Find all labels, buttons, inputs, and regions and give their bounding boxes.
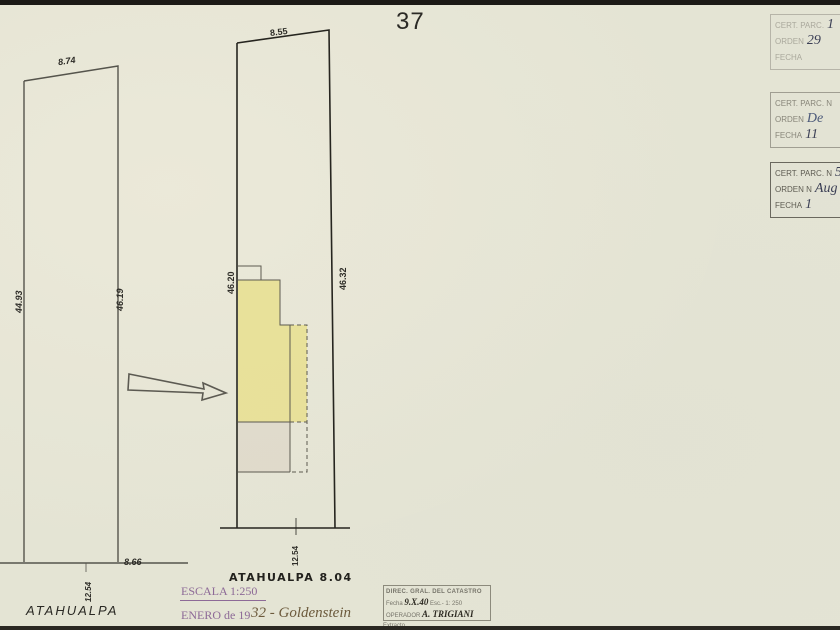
pointer-arrow-icon bbox=[128, 374, 226, 400]
office-stamp-fecha-value: 9.X.40 bbox=[404, 597, 428, 607]
main-plot-top-width: 8.55 bbox=[269, 26, 288, 38]
cert-3-row2-label: ORDEN N bbox=[775, 182, 812, 198]
left-street-name: ATAHUALPA bbox=[26, 603, 118, 618]
cert-2-row2-value: De bbox=[807, 112, 823, 128]
cert-2-row3-value: 11 bbox=[805, 128, 818, 144]
cert-1-row2-value: 29 bbox=[807, 34, 821, 50]
cert-2-row2-label: ORDEN bbox=[775, 112, 804, 128]
cert-3-row2-value: Aug bbox=[815, 182, 838, 198]
left-plot-right-depth: 46.19 bbox=[115, 288, 125, 311]
office-stamp-title: DIREC. GRAL. DEL CATASTRO bbox=[386, 587, 488, 597]
cert-1-row1-label: CERT. PARC. bbox=[775, 18, 824, 34]
cert-1-row2-label: ORDEN bbox=[775, 34, 804, 50]
office-stamp-operador-label: OPERADOR bbox=[386, 613, 420, 619]
page-number: 37 bbox=[396, 8, 425, 36]
cert-3-row1-value: 5 bbox=[835, 166, 840, 182]
scale-stamp-rule bbox=[180, 600, 266, 601]
catastro-office-stamp: DIREC. GRAL. DEL CATASTRO Fecha 9.X.40 E… bbox=[383, 585, 491, 621]
cert-stamp-3: CERT. PARC. N5 ORDEN NAug FECHA1 bbox=[770, 162, 840, 218]
scan-bottom-border bbox=[0, 626, 840, 630]
cert-stamp-2: CERT. PARC. N ORDENDe FECHA11 bbox=[770, 92, 840, 148]
cert-2-row1-label: CERT. PARC. N bbox=[775, 96, 832, 112]
scale-stamp: ESCALA 1:250 bbox=[181, 584, 257, 599]
cert-3-row1-label: CERT. PARC. N bbox=[775, 166, 832, 182]
main-plot-left-depth: 46.20 bbox=[226, 271, 236, 294]
cert-1-row1-value: 1 bbox=[827, 18, 834, 34]
cert-1-row3-label: FECHA bbox=[775, 50, 802, 66]
plan-drawing bbox=[0, 0, 840, 630]
main-plot-right-depth: 46.32 bbox=[338, 267, 348, 290]
left-plot-bottom-width: 8.66 bbox=[124, 557, 142, 567]
cert-2-row3-label: FECHA bbox=[775, 128, 802, 144]
scanned-plan-sheet: 37 8.74 44.93 46.19 8.66 12.54 ATAHUALPA… bbox=[0, 0, 840, 630]
cert-3-row3-value: 1 bbox=[805, 198, 812, 214]
cert-3-row3-label: FECHA bbox=[775, 198, 802, 214]
left-plot-outline bbox=[0, 66, 188, 572]
office-stamp-fecha-label: Fecha bbox=[386, 601, 403, 607]
date-stamp: ENERO de 19 bbox=[181, 608, 250, 623]
office-stamp-operador-value: A. TRIGIANI bbox=[422, 609, 474, 619]
date-handwritten: 32 - Goldenstein bbox=[251, 605, 351, 622]
left-plot-street-offset: 12.54 bbox=[84, 582, 93, 602]
cert-stamp-1: CERT. PARC.1 ORDEN29 FECHA bbox=[770, 14, 840, 70]
building-footprint bbox=[238, 266, 307, 472]
office-stamp-esc: Esc.- 1: 250 bbox=[430, 601, 462, 607]
left-plot-left-depth: 44.93 bbox=[14, 290, 24, 313]
main-plot-street-offset: 12.54 bbox=[291, 546, 300, 566]
main-street-label: ATAHUALPA 8.04 bbox=[229, 571, 353, 584]
